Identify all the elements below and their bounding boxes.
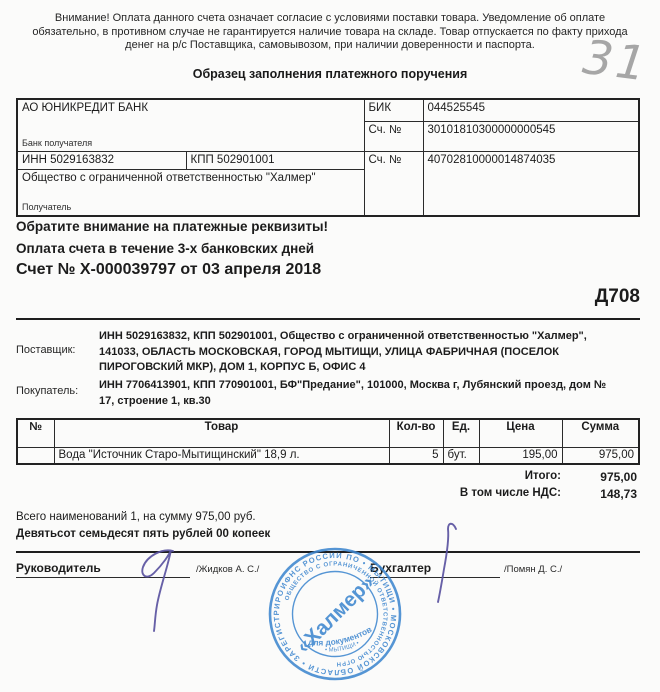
table-row: Вода "Источник Старо-Мытищинский" 18,9 л… xyxy=(17,448,639,465)
total-label: Итого: xyxy=(380,470,561,482)
director-label: Руководитель xyxy=(16,561,101,575)
bik-value: 044525545 xyxy=(423,99,639,122)
vat-value: 148,73 xyxy=(545,487,637,501)
payment-order-sample-title: Образец заполнения платежного поручения xyxy=(0,67,660,81)
buyer-details: ИНН 7706413901, КПП 770901001, БФ"Предан… xyxy=(99,378,609,409)
bik-label: БИК xyxy=(364,99,423,122)
bank-requisites-table: АО ЮНИКРЕДИТ БАНК Банк получателя БИК 04… xyxy=(16,98,640,217)
amount-in-words: Девятьсот семьдесят пять рублей 00 копее… xyxy=(16,528,270,540)
company-stamp: ИФНС РОССИИ ПО • МЫТИЩИ • МОСКОВСКОЙ ОБЛ… xyxy=(260,539,410,689)
recipient-caption: Получатель xyxy=(22,200,360,214)
handwritten-number: 31 xyxy=(580,30,656,93)
payment-terms-note: Оплата счета в течение 3-х банковских дн… xyxy=(16,241,314,256)
accountant-signature xyxy=(438,524,456,602)
corr-account-value: 30101810300000000545 xyxy=(423,122,639,152)
account-value: 40702810000014874035 xyxy=(423,152,639,217)
vat-label: В том числе НДС: xyxy=(380,487,561,499)
payment-warning-text: Внимание! Оплата данного счета означает … xyxy=(28,12,632,53)
supplier-label: Поставщик: xyxy=(16,344,96,356)
corr-account-label: Сч. № xyxy=(364,122,423,152)
inn-cell: ИНН 5029163832 xyxy=(17,152,186,170)
item-unit: бут. xyxy=(443,448,479,465)
attention-note: Обратите внимание на платежные реквизиты… xyxy=(16,219,328,234)
invoice-number-title: Счет № Х-000039797 от 03 апреля 2018 xyxy=(16,261,321,279)
items-count-line: Всего наименований 1, на сумму 975,00 ру… xyxy=(16,511,256,523)
bank-name: АО ЮНИКРЕДИТ БАНК xyxy=(22,101,360,115)
col-header-price: Цена xyxy=(479,419,562,448)
items-table-header-row: № Товар Кол-во Ед. Цена Сумма xyxy=(17,419,639,448)
bank-name-caption: Банк получателя xyxy=(22,136,360,150)
item-price: 195,00 xyxy=(479,448,562,465)
director-signature xyxy=(142,550,173,631)
director-name: /Жидков А. С./ xyxy=(196,564,259,575)
director-signature-line xyxy=(16,577,190,578)
item-qty: 5 xyxy=(389,448,443,465)
buyer-label: Покупатель: xyxy=(16,385,96,397)
bank-name-cell: АО ЮНИКРЕДИТ БАНК Банк получателя xyxy=(17,99,364,152)
document-code: Д708 xyxy=(380,286,640,308)
account-label: Сч. № xyxy=(364,152,423,217)
col-header-product: Товар xyxy=(54,419,389,448)
accountant-name: /Помян Д. С./ xyxy=(504,564,562,575)
supplier-details: ИНН 5029163832, КПП 502901001, Общество … xyxy=(99,329,609,376)
scanned-invoice-page: { "page": { "handwritten_note": "31" }, … xyxy=(0,0,660,692)
col-header-unit: Ед. xyxy=(443,419,479,448)
col-header-sum: Сумма xyxy=(562,419,639,448)
recipient-cell: Общество с ограниченной ответственностью… xyxy=(17,170,364,217)
col-header-num: № xyxy=(17,419,54,448)
item-sum: 975,00 xyxy=(562,448,639,465)
item-name: Вода "Источник Старо-Мытищинский" 18,9 л… xyxy=(54,448,389,465)
items-table: № Товар Кол-во Ед. Цена Сумма Вода "Исто… xyxy=(16,418,640,465)
divider-line-top xyxy=(16,318,640,320)
total-value: 975,00 xyxy=(545,470,637,484)
recipient-name: Общество с ограниченной ответственностью… xyxy=(22,171,360,185)
item-num xyxy=(17,448,54,465)
kpp-cell: КПП 502901001 xyxy=(186,152,364,170)
col-header-qty: Кол-во xyxy=(389,419,443,448)
